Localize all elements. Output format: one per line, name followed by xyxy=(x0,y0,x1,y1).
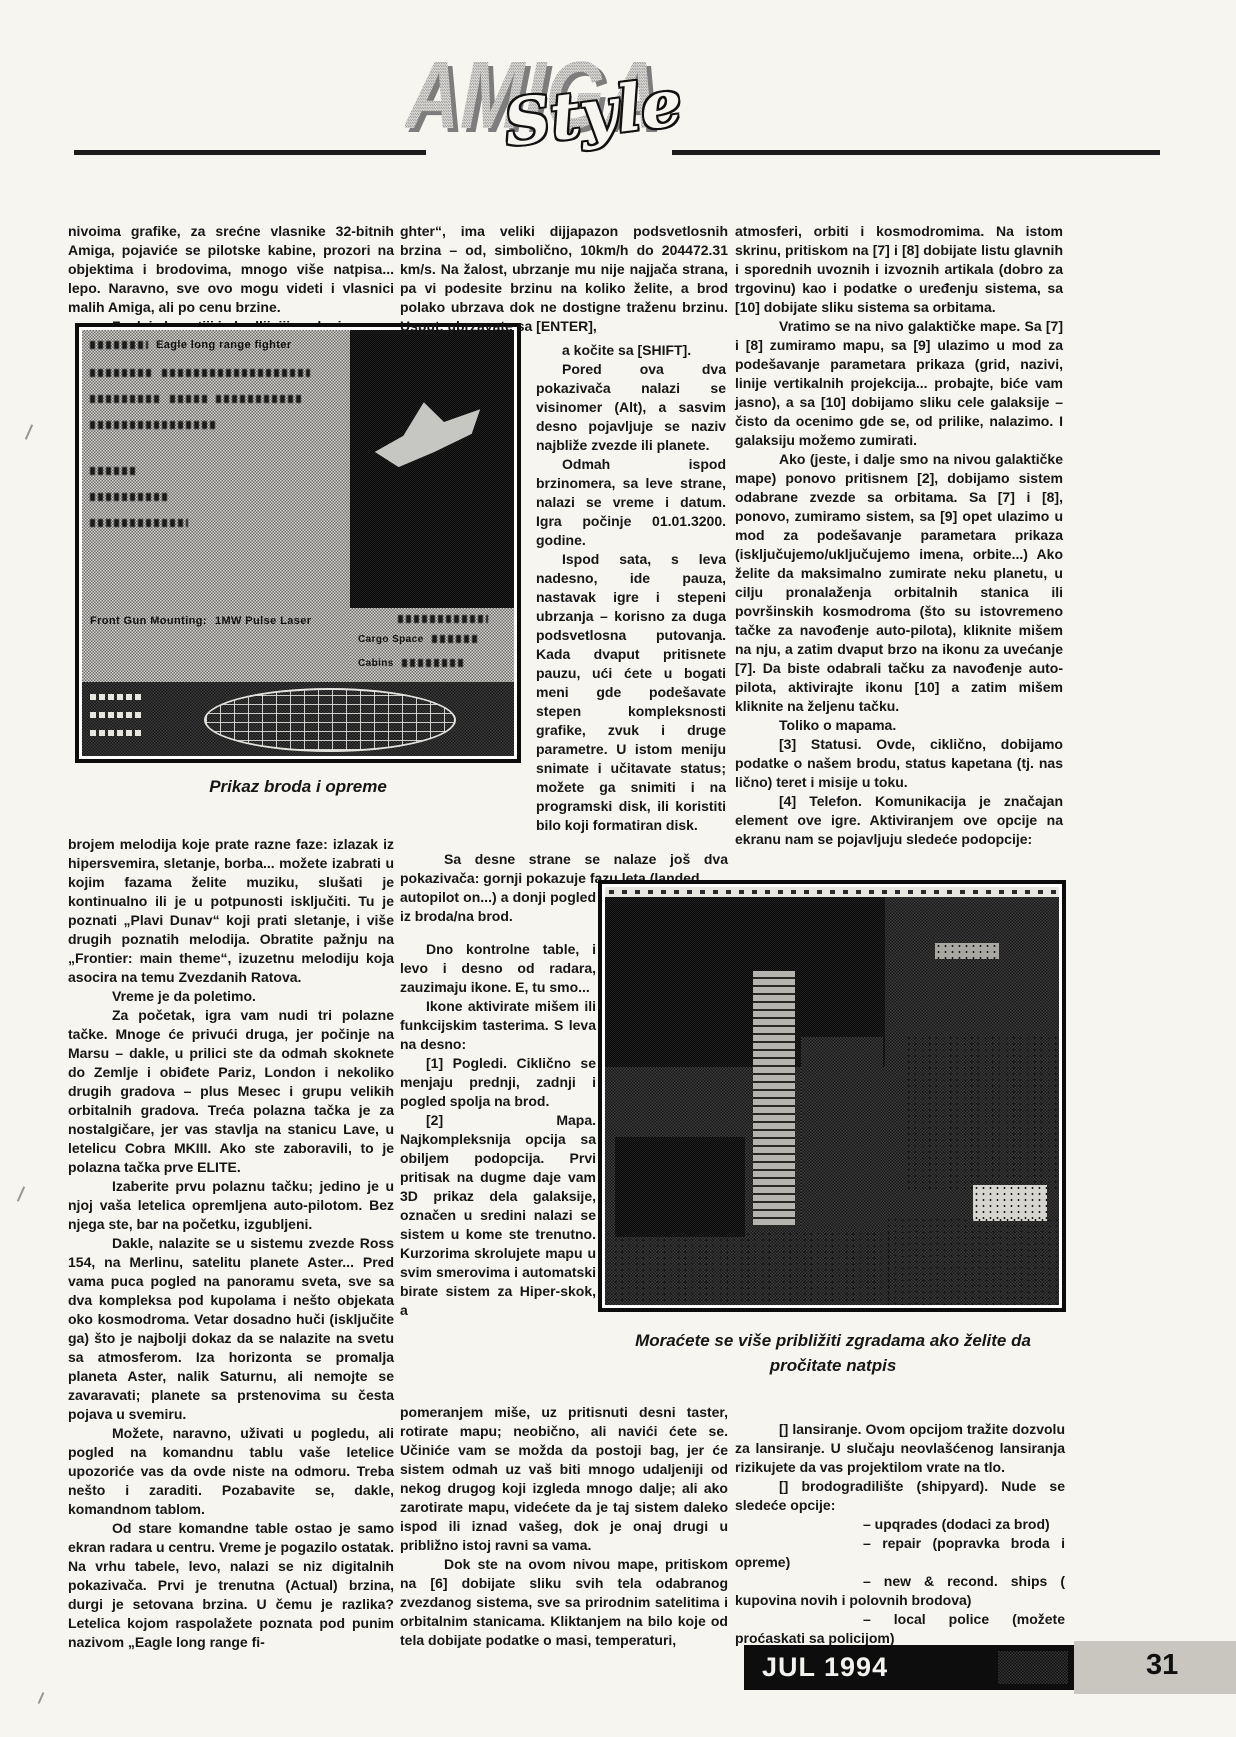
tall-tower-building xyxy=(753,971,795,1227)
paragraph: Dok ste na ovom nivou mape, pritiskom na… xyxy=(400,1555,728,1650)
list-item: – repair (popravka broda i opreme) xyxy=(735,1534,1065,1572)
equipment-row xyxy=(90,392,342,406)
game-screenshot-city-buildings xyxy=(598,880,1066,1312)
building-block-right xyxy=(905,1035,1059,1191)
pad-marking xyxy=(90,712,142,718)
paragraph: autopilot on...) a donji pogled iz broda… xyxy=(400,888,596,926)
article-column-2-narrow-right: a kočite sa [SHIFT]. Pored ova dva pokaz… xyxy=(536,341,726,835)
screenshot1-caption: Prikaz broda i opreme xyxy=(83,774,513,799)
paragraph: atmosferi, orbiti i kosmodromima. Na ist… xyxy=(735,222,1063,317)
paragraph: Vreme je da poletimo. xyxy=(68,987,394,1006)
footer-issue-bar: JUL 1994 xyxy=(744,1645,1074,1690)
paragraph: Izaberite prvu polaznu tačku; jedino je … xyxy=(68,1177,394,1234)
wireframe-dome xyxy=(204,688,456,752)
paragraph: ghter“, ima veliki dijjapazon podsvetlos… xyxy=(400,222,728,336)
ship-name-label: Eagle long range fighter xyxy=(156,339,292,351)
equipment-row xyxy=(90,366,342,380)
front-gun-label: Front Gun Mounting: xyxy=(90,615,207,627)
pencil-mark xyxy=(25,424,33,439)
paragraph: Za početak, igra vam nudi tri polazne ta… xyxy=(68,1006,394,1177)
cargo-panel: Cargo Space Cabins xyxy=(350,608,514,682)
paragraph: [] lansiranje. Ovom opcijom tražite dozv… xyxy=(735,1420,1065,1477)
cabins-row: Cabins xyxy=(358,656,506,670)
paragraph: Možete, naravno, uživati u pogledu, ali … xyxy=(68,1424,394,1519)
paragraph: Toliko o mapama. xyxy=(735,716,1063,735)
footer-noise-texture xyxy=(998,1651,1068,1684)
header-rule-right xyxy=(672,150,1160,155)
paragraph: Pored ova dva pokazivača nalazi se visin… xyxy=(536,360,726,455)
building-mid xyxy=(801,1037,883,1227)
screenshot2-content xyxy=(605,887,1059,1305)
cargo-header-row xyxy=(358,612,506,626)
ground-right xyxy=(885,1217,1059,1305)
ship-title-row: Eagle long range fighter xyxy=(90,338,342,352)
pad-marking xyxy=(90,730,142,736)
paragraph: Odmah ispod brzinomera, sa leve strane, … xyxy=(536,455,726,550)
page-number: 31 xyxy=(1146,1649,1178,1682)
magazine-logo: AMIGA AMIGA Style xyxy=(408,48,738,188)
equipment-row xyxy=(90,464,342,478)
article-column-1-main: brojem melodija koje prate razne faze: i… xyxy=(68,835,394,1652)
front-gun-row: Front Gun Mounting: 1MW Pulse Laser xyxy=(90,614,342,628)
text-noise xyxy=(90,341,148,349)
article-column-1-top: nivoima grafike, za srećne vlasnike 32-b… xyxy=(68,222,394,336)
equipment-row xyxy=(90,516,342,530)
front-gun-value: 1MW Pulse Laser xyxy=(215,615,311,627)
cargo-row: Cargo Space xyxy=(358,632,506,646)
game-screenshot-ship-equipment: Eagle long range fighter Front Gun Mount… xyxy=(75,323,521,763)
paragraph: [] brodogradilište (shipyard). Nude se s… xyxy=(735,1477,1065,1515)
paragraph: brojem melodija koje prate razne faze: i… xyxy=(68,835,394,987)
paragraph: pomeranjem miše, uz pritisnuti desni tas… xyxy=(400,1403,728,1555)
landing-pad-panel xyxy=(82,682,514,756)
hud-strip xyxy=(605,887,1059,897)
header-rule-left xyxy=(74,150,426,155)
hud-ticks xyxy=(609,890,1059,894)
issue-date-label: JUL 1994 xyxy=(762,1652,888,1683)
paragraph: [4] Telefon. Komunikacija je značajan el… xyxy=(735,792,1063,849)
paragraph: a kočite sa [SHIFT]. xyxy=(536,341,726,360)
list-item: – local police (možete proćaskati sa pol… xyxy=(735,1610,1065,1648)
building-silhouette-left xyxy=(615,1137,745,1237)
pencil-mark xyxy=(17,1186,25,1201)
equipment-row xyxy=(90,418,342,432)
cargo-label: Cargo Space xyxy=(358,634,424,645)
equipment-row xyxy=(90,490,342,504)
article-column-2-narrow-left: autopilot on...) a donji pogled iz broda… xyxy=(400,888,596,1320)
cabins-label: Cabins xyxy=(358,658,394,669)
paragraph: Ikone aktivirate mišem ili funkcijskim t… xyxy=(400,997,596,1054)
article-column-2-top: ghter“, ima veliki dijjapazon podsvetlos… xyxy=(400,222,728,336)
pencil-mark xyxy=(38,1692,45,1704)
ground-left xyxy=(605,1231,895,1305)
ship-view-panel xyxy=(350,330,514,608)
light-speckle-cluster xyxy=(935,943,999,959)
article-column-3-top: atmosferi, orbiti i kosmodromima. Na ist… xyxy=(735,222,1063,849)
paragraph: Vratimo se na nivo galaktičke mape. Sa [… xyxy=(735,317,1063,450)
building-sign-patch xyxy=(973,1185,1047,1221)
screenshot1-content: Eagle long range fighter Front Gun Mount… xyxy=(82,330,514,756)
eagle-ship-silhouette xyxy=(367,391,489,475)
paragraph: Ako (jeste, i dalje smo na nivou galakti… xyxy=(735,450,1063,716)
magazine-page: AMIGA AMIGA Style nivoima grafike, za sr… xyxy=(0,0,1236,1737)
list-item: – new & recond. ships ( kupovina novih i… xyxy=(735,1572,1065,1610)
paragraph: [3] Statusi. Ovde, ciklično, dobijamo po… xyxy=(735,735,1063,792)
paragraph: Od stare komandne table ostao je samo ek… xyxy=(68,1519,394,1652)
equipment-list-panel: Eagle long range fighter Front Gun Mount… xyxy=(82,330,350,682)
paragraph: [2] Mapa. Najkompleksnija opcija sa obil… xyxy=(400,1111,596,1320)
article-column-3-bottom: [] lansiranje. Ovom opcijom tražite dozv… xyxy=(735,1420,1065,1648)
list-item: – upqrades (dodaci za brod) xyxy=(735,1515,1065,1534)
paragraph: Ispod sata, s leva nadesno, ide pauza, n… xyxy=(536,550,726,835)
paragraph: nivoima grafike, za srećne vlasnike 32-b… xyxy=(68,222,394,317)
paragraph: [1] Pogledi. Ciklično se menjaju prednji… xyxy=(400,1054,596,1111)
article-column-2-bottom: pomeranjem miše, uz pritisnuti desni tas… xyxy=(400,1403,728,1650)
screenshot2-caption: Moraćete se više približiti zgradama ako… xyxy=(600,1328,1066,1378)
paragraph: Dakle, nalazite se u sistemu zvezde Ross… xyxy=(68,1234,394,1424)
pad-marking xyxy=(90,694,142,700)
paragraph: Dno kontrolne table, i levo i desno od r… xyxy=(400,940,596,997)
